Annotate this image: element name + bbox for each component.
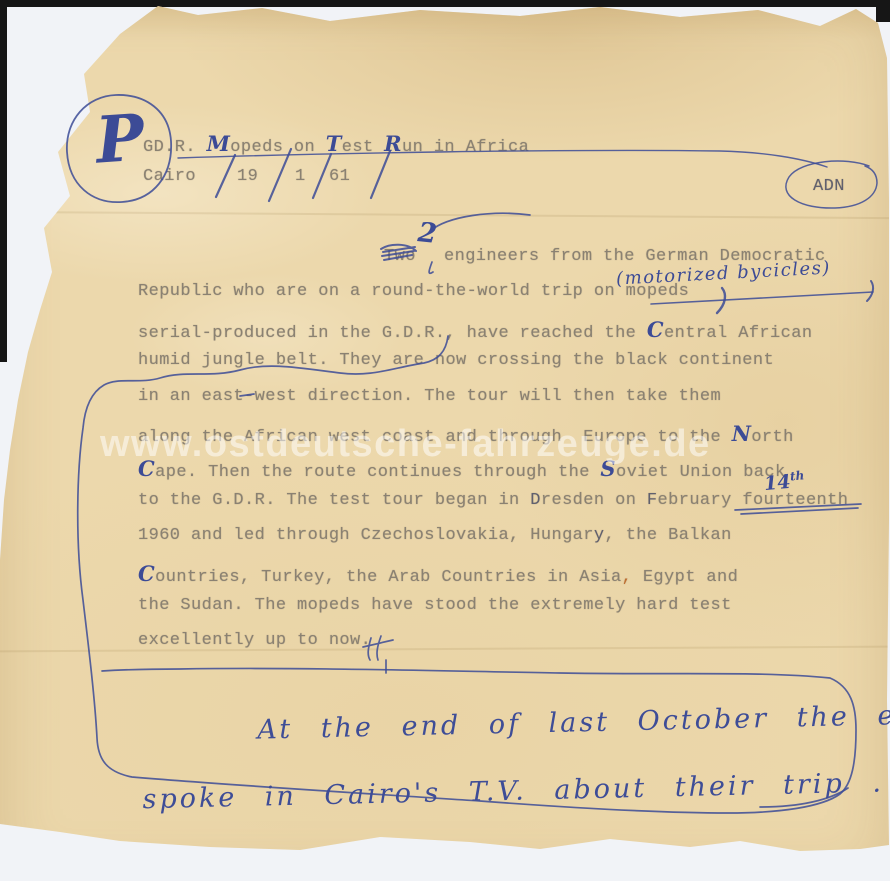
handwritten-page-mark: P	[93, 100, 146, 178]
dateline-day: 19	[237, 167, 258, 186]
typed-segment: 19	[237, 167, 258, 186]
typed-segment: Republic who are on a round-the-world tr…	[138, 282, 689, 301]
typed-segment: the Sudan. The mopeds have stood the ext…	[138, 596, 732, 615]
scanned-document: GD.R. Mopeds on Test Run in AfricaCairo1…	[0, 0, 890, 881]
typed-segment: excellently up to now.	[138, 631, 371, 650]
body-line-8: to the G.D.R. The test tour began in Dre…	[138, 491, 848, 510]
handwritten-note-line1: At the end of last October the engineers	[257, 697, 890, 746]
hand-corrected-capital: C	[647, 317, 664, 342]
body-line-4: humid jungle belt. They are now crossing…	[138, 351, 774, 370]
dateline-city: Cairo	[143, 167, 196, 186]
body-line-2: Republic who are on a round-the-world tr…	[138, 282, 689, 301]
hand-corrected-capital: N	[732, 421, 752, 446]
scan-edge-left	[0, 0, 7, 362]
typed-segment: serial-produced in the G.D.R., have reac…	[138, 324, 647, 343]
body-struck-word: Two	[384, 247, 416, 266]
handwritten-note-line2: spoke in Cairo's T.V. about their trip .	[142, 764, 890, 815]
scan-edge-right	[876, 0, 890, 22]
typed-segment: ebruary	[658, 491, 743, 510]
typed-segment: Egypt and	[632, 568, 738, 587]
handwritten-date-fix: 14th	[763, 468, 806, 495]
typed-segment: resden on	[541, 491, 647, 510]
date-fix-number: 14	[763, 471, 791, 495]
typed-segment: ADN	[813, 177, 845, 196]
hand-corrected-capital: C	[138, 561, 155, 586]
typed-segment: to the G.D.R. The test tour began in	[138, 491, 530, 510]
body-line-11: the Sudan. The mopeds have stood the ext…	[138, 596, 732, 615]
agency-label: ADN	[813, 177, 845, 196]
typed-segment: Cairo	[143, 167, 196, 186]
typed-segment: 61	[329, 167, 350, 186]
hand-corrected-capital: T	[326, 131, 342, 156]
body-line-3: serial-produced in the G.D.R., have reac…	[138, 317, 812, 343]
typed-segment: , the Balkan	[604, 526, 731, 545]
body-line-10: Countries, Turkey, the Arab Countries in…	[138, 561, 738, 587]
typed-segment: in an east-west direction. The tour will…	[138, 387, 721, 406]
date-fix-suffix: th	[789, 468, 804, 483]
typed-segment: un in Africa	[402, 138, 529, 157]
hand-corrected-capital: M	[207, 131, 231, 156]
typed-segment: humid jungle belt. They are now crossing…	[138, 351, 774, 370]
typed-segment: ountries, Turkey, the Arab Countries in …	[155, 568, 621, 587]
handwritten-note: At the end of last October the engineers…	[146, 666, 890, 877]
typed-segment: Two	[384, 247, 416, 266]
typed-segment: F	[647, 491, 658, 510]
handwritten-insert-number: 2	[416, 217, 438, 250]
hand-corrected-capital: R	[384, 131, 402, 156]
body-line-9: 1960 and led through Czechoslovakia, Hun…	[138, 526, 732, 545]
typed-segment: fourteenth	[742, 491, 848, 510]
typed-segment: y	[594, 526, 605, 545]
typed-segment: GD.R.	[143, 138, 207, 157]
typed-segment: D	[530, 491, 541, 510]
body-line-5: in an east-west direction. The tour will…	[138, 387, 721, 406]
typed-segment: 1960 and led through Czechoslovakia, Hun…	[138, 526, 594, 545]
typed-segment: orth	[751, 428, 793, 447]
site-watermark: www.ostdeutsche-fahrzeuge.de	[100, 423, 711, 466]
dateline-month: 1	[295, 167, 306, 186]
dateline-year: 61	[329, 167, 350, 186]
body-line-12: excellently up to now.	[138, 631, 371, 650]
typed-segment: 1	[295, 167, 306, 186]
typed-segment: ,	[622, 568, 633, 587]
scan-edge-top	[0, 0, 890, 7]
typed-segment: est	[342, 138, 384, 157]
title-line: GD.R. Mopeds on Test Run in Africa	[143, 131, 529, 157]
typed-segment: entral African	[664, 324, 812, 343]
typed-segment: opeds on	[230, 138, 325, 157]
